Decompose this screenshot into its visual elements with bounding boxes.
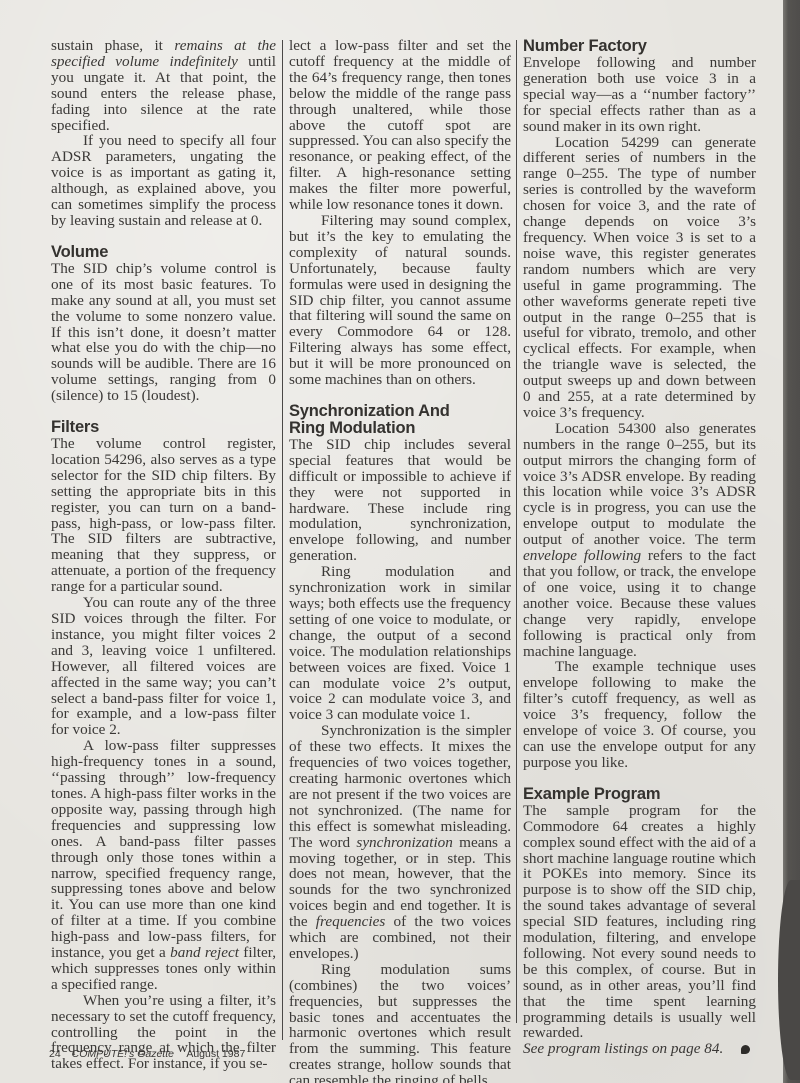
column-divider — [516, 40, 517, 1023]
end-of-article-mark-icon — [741, 1045, 750, 1054]
paragraph: When you’re using a filter, it’s necessa… — [51, 993, 276, 1073]
paragraph: The SID chip’s volume control is one of … — [51, 261, 276, 404]
issue-date: August 1987 — [186, 1048, 245, 1060]
column-divider — [282, 40, 283, 1040]
magazine-name: COMPUTE!'s Gazette — [72, 1048, 174, 1060]
paragraph: You can route any of the three SID voice… — [51, 595, 276, 738]
column-2: lect a low-pass filter and set the cutof… — [289, 38, 511, 1083]
paragraph: The sample program for the Commodore 64 … — [523, 803, 756, 1042]
section-heading-filters: Filters — [51, 419, 276, 436]
page-number: 24 — [49, 1048, 61, 1060]
page-footer: 24 COMPUTE!'s Gazette August 1987 — [49, 1048, 245, 1060]
paragraph: Location 54300 also generates numbers in… — [523, 421, 756, 660]
paragraph: Location 54299 can generate different se… — [523, 135, 756, 421]
paragraph: The SID chip includes several special fe… — [289, 437, 511, 564]
scan-edge-shadow — [778, 880, 800, 1080]
paragraph: A low-pass filter suppresses high-freque… — [51, 738, 276, 993]
magazine-page: sustain phase, it remains at the specifi… — [0, 0, 800, 1083]
section-heading-synchronization: Synchronization AndRing Modulation — [289, 403, 511, 437]
paragraph: Ring modulation sums (combines) the two … — [289, 962, 511, 1083]
paragraph: lect a low-pass filter and set the cutof… — [289, 38, 511, 213]
paragraph: Ring modulation and synchronization work… — [289, 564, 511, 723]
section-heading-number-factory: Number Factory — [523, 38, 756, 55]
listing-reference: See program listings on page 84. — [523, 1041, 756, 1057]
section-heading-volume: Volume — [51, 244, 276, 261]
paragraph: Envelope following and number generation… — [523, 55, 756, 135]
paragraph: The volume control register, location 54… — [51, 436, 276, 595]
paragraph: Filtering may sound complex, but it’s th… — [289, 213, 511, 388]
paragraph: sustain phase, it remains at the specifi… — [51, 38, 276, 133]
section-heading-example-program: Example Program — [523, 786, 756, 803]
paragraph: Synchronization is the simpler of these … — [289, 723, 511, 962]
paragraph: If you need to specify all four ADSR par… — [51, 133, 276, 228]
column-1: sustain phase, it remains at the specifi… — [51, 38, 276, 1072]
column-3: Number Factory Envelope following and nu… — [523, 38, 756, 1057]
paragraph: The example technique uses envelope foll… — [523, 659, 756, 770]
